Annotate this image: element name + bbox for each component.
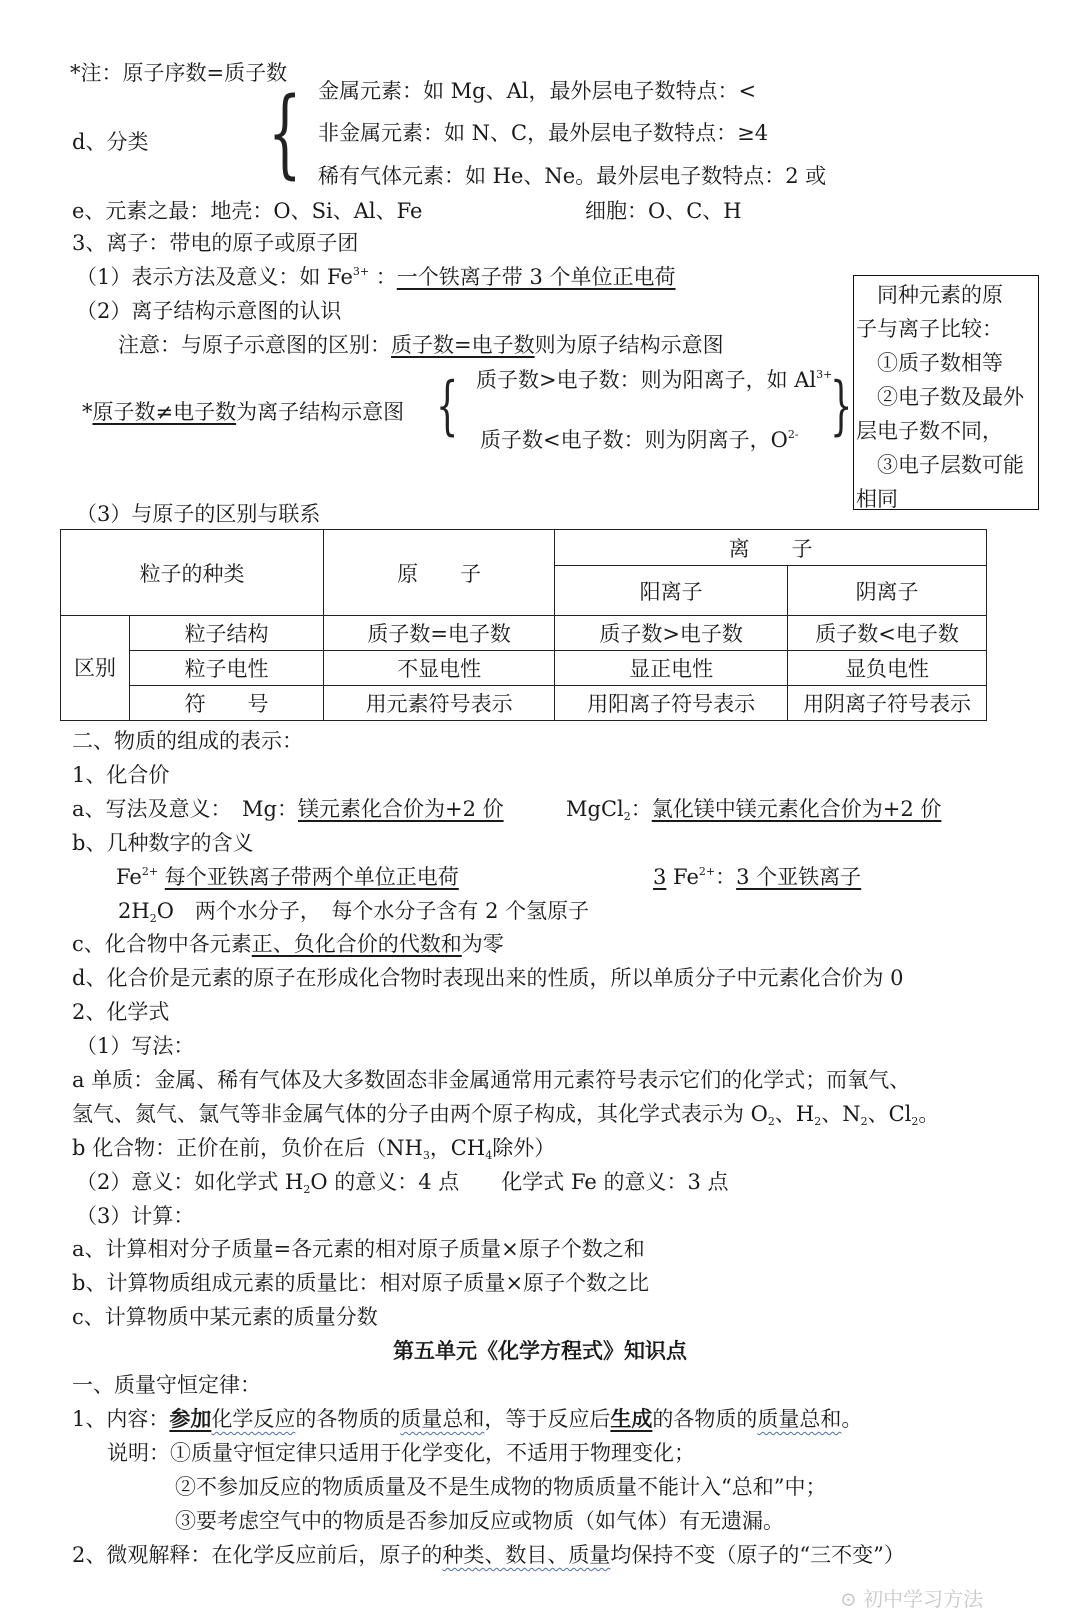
table-row: 区别 粒子结构 质子数=电子数 质子数>电子数 质子数<电子数 [61,616,987,651]
ion-item-1: （1）表示方法及意义：如 Fe3+ ：一个铁离子带 3 个单位正电荷 [76,262,676,292]
formula-meaning: （2）意义：如化学式 H2O 的意义：4 点 化学式 Fe 的意义：3 点 [76,1167,729,1197]
left-brace: { [268,78,302,188]
cell: 质子数<电子数 [788,616,987,651]
ion-note: 注意：与原子示意图的区别：质子数=电子数则为原子结构示意图 [118,330,724,360]
valence-b-fe: Fe2+ 每个亚铁离子带两个单位正电荷 [116,862,459,892]
box-line: 相同 [856,482,1038,516]
valence-title: 1、化合价 [72,760,169,790]
box-line: ③电子层数可能 [856,448,1038,482]
calc-a: a、计算相对分子质量=各元素的相对原子质量×原子个数之和 [72,1234,645,1264]
writing-a-line1: a 单质：金属、稀有气体及大多数固态非金属通常用元素符号表示它们的化学式；而氧气… [72,1065,910,1095]
group-label: 区别 [61,616,130,721]
header-anion: 阴离子 [788,566,987,616]
law-explain-3: ③要考虑空气中的物质是否参加反应或物质（如气体）有无遗漏。 [175,1506,784,1536]
valence-b-title: b、几种数字的含义 [72,828,253,858]
atom-ion-comparison-table: 粒子的种类 原 子 离 子 阳离子 阴离子 区别 粒子结构 质子数=电子数 质子… [60,529,987,721]
most-abundant-crust: e、元素之最：地壳：O、Si、Al、Fe [72,196,422,226]
law-title: 一、质量守恒定律： [72,1370,261,1400]
watermark: ⊙ 初中学习方法 [840,1583,983,1612]
law-content: 1、内容：参加化学反应的各物质的质量总和，等于反应后生成的各物质的质量总和。 [72,1404,862,1434]
right-brace-icon: } [830,366,852,446]
box-line: 层电子数不同， [856,414,1038,448]
law-explain-2: ②不参加反应的物质质量及不是生成物的物质质量不能计入“总和”中； [175,1472,826,1502]
writing-b: b 化合物：正价在前，负价在后（NH3，CH4除外） [72,1133,555,1163]
cell: 用阳离子符号表示 [555,686,788,721]
calc-title: （3）计算： [76,1201,194,1231]
anion-rule: 质子数<电子数：则为阴离子，O2- [480,425,799,455]
header-ion: 离 子 [555,530,987,566]
classification-nonmetal: 非金属元素：如 N、C，最外层电子数特点：≥4 [318,118,768,148]
comparison-textbox: 同种元素的原 子与离子比较： ①质子数相等 ②电子数及最外 层电子数不同， ③电… [853,275,1039,510]
header-cation: 阳离子 [555,566,788,616]
ion-rule: *原子数≠电子数为离子结构示意图 [82,397,404,427]
table-row: 符 号 用元素符号表示 用阳离子符号表示 用阴离子符号表示 [61,686,987,721]
most-abundant-cell: 细胞：O、C、H [585,196,742,226]
writing-title: （1）写法： [76,1031,194,1061]
valence-b-3fe: 3 Fe2+：3 个亚铁离子 [653,862,861,892]
header-atom: 原 子 [324,530,555,616]
ion-item-2: （2）离子结构示意图的认识 [76,296,341,326]
valence-a-mgcl2: MgCl2：氯化镁中镁元素化合价为+2 价 [566,794,941,824]
ion-title: 3、离子：带电的原子或原子团 [72,228,358,258]
row-label: 粒子结构 [130,616,324,651]
cell: 用阴离子符号表示 [788,686,987,721]
cation-rule: 质子数>电子数：则为阳离子，如 Al3+ [476,365,832,395]
ion-item-1-meaning: 一个铁离子带 3 个单位正电荷 [397,265,676,289]
classification-label: d、分类 [72,127,148,157]
cell: 质子数=电子数 [324,616,555,651]
header-kind: 粒子的种类 [61,530,324,616]
classification-metal: 金属元素：如 Mg、Al，最外层电子数特点：< [318,76,756,106]
valence-b-h2o: 2H2O 两个水分子， 每个水分子含有 2 个氢原子 [118,896,589,926]
calc-c: c、计算物质中某元素的质量分数 [72,1302,378,1332]
box-line: 子与离子比较： [856,312,1038,346]
cell: 质子数>电子数 [555,616,788,651]
valence-d: d、化合价是元素的原子在形成化合物时表现出来的性质，所以单质分子中元素化合价为 … [72,963,903,993]
composition-title: 二、物质的组成的表示： [72,726,303,756]
valence-c: c、化合物中各元素正、负化合价的代数和为零 [72,929,504,959]
box-line: ①质子数相等 [856,346,1038,380]
cell: 显负电性 [788,651,987,686]
table-row: 粒子电性 不显电性 显正电性 显负电性 [61,651,987,686]
unit5-heading: 第五单元《化学方程式》知识点 [0,1336,1080,1366]
row-label: 符 号 [130,686,324,721]
cell: 不显电性 [324,651,555,686]
calc-b: b、计算物质组成元素的质量比：相对原子质量×原子个数之比 [72,1268,649,1298]
valence-a: a、写法及意义： Mg：镁元素化合价为+2 价 [72,794,504,824]
box-line: 同种元素的原 [856,278,1038,312]
ion-item-3: （3）与原子的区别与联系 [76,499,320,529]
law-explain-1: 说明：①质量守恒定律只适用于化学变化，不适用于物理变化； [107,1438,695,1468]
writing-a-line2: 氢气、氮气、氯气等非金属气体的分子由两个原子构成，其化学式表示为 O2、H2、N… [72,1099,939,1129]
cell: 显正电性 [555,651,788,686]
micro-explanation: 2、微观解释：在化学反应前后，原子的种类、数目、质量均保持不变（原子的“三不变”… [72,1540,905,1570]
formula-title: 2、化学式 [72,997,169,1027]
row-label: 粒子电性 [130,651,324,686]
ion-brace-icon: { [436,366,458,446]
box-line: ②电子数及最外 [856,380,1038,414]
cell: 用元素符号表示 [324,686,555,721]
classification-noble-gas: 稀有气体元素：如 He、Ne。最外层电子数特点：2 或 [318,161,826,191]
atomic-number-note: *注：原子序数=质子数 [70,58,287,88]
